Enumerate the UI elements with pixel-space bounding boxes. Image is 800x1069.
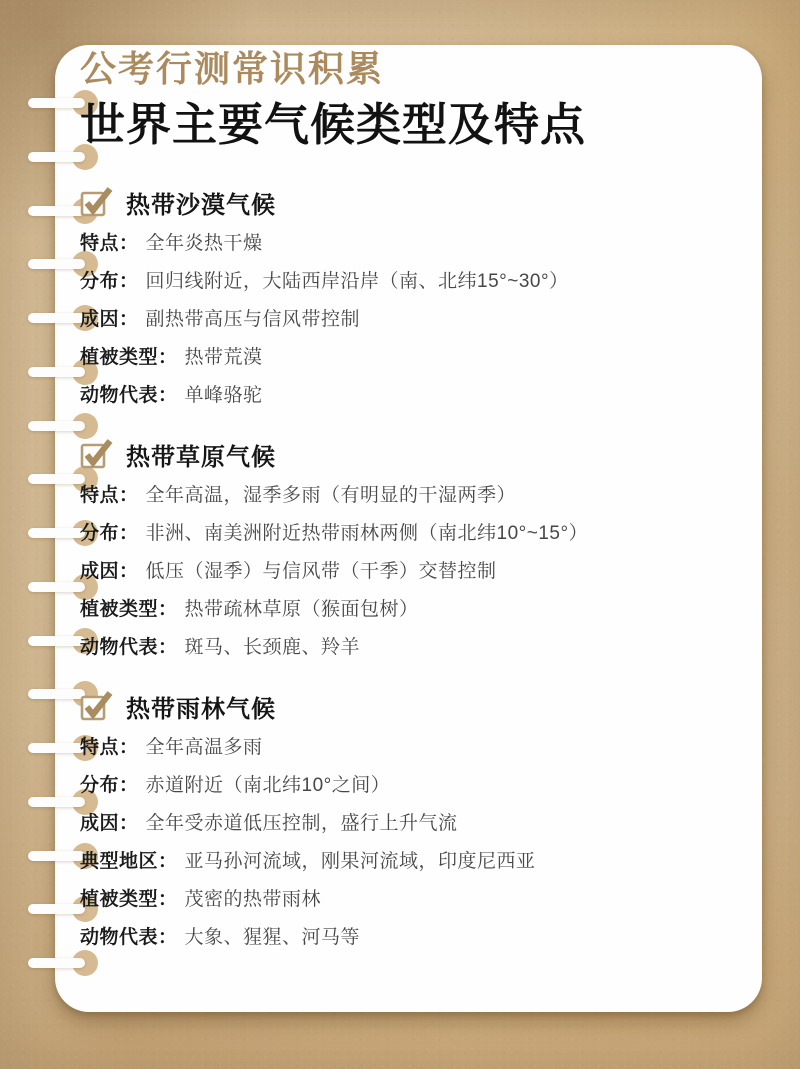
info-row: 成因：副热带高压与信风带控制 — [80, 307, 770, 333]
info-label: 典型地区： — [80, 851, 178, 872]
info-row: 成因：全年受赤道低压控制，盛行上升气流 — [80, 811, 770, 837]
info-label: 特点： — [80, 485, 139, 506]
checkbox-checked-icon — [80, 438, 114, 470]
binder-bar-icon — [28, 474, 85, 484]
section-tropical-savanna: 热带草原气候 特点：全年高温，湿季多雨（有明显的干湿两季） 分布：非洲、南美洲附… — [80, 437, 770, 661]
info-label: 植被类型： — [80, 889, 178, 910]
binder-bar-icon — [28, 259, 85, 269]
binder-bar-icon — [28, 743, 85, 753]
page-subtitle: 公考行测常识积累 — [80, 48, 770, 89]
info-row: 植被类型：茂密的热带雨林 — [80, 887, 770, 913]
section-heading: 热带雨林气候 — [80, 689, 770, 723]
info-value: 大象、猩猩、河马等 — [185, 927, 361, 948]
info-value: 斑马、长颈鹿、羚羊 — [185, 637, 361, 658]
info-value: 非洲、南美洲附近热带雨林两侧（南北纬10°~15°） — [146, 523, 589, 544]
info-label: 动物代表： — [80, 385, 178, 406]
section-tropical-rainforest: 热带雨林气候 特点：全年高温多雨 分布：赤道附近（南北纬10°之间） 成因：全年… — [80, 689, 770, 951]
info-label: 动物代表： — [80, 637, 178, 658]
section-heading-label: 热带雨林气候 — [126, 689, 276, 724]
binder-bar-icon — [28, 797, 85, 807]
binder-bar-icon — [28, 98, 85, 108]
info-value: 低压（湿季）与信风带（干季）交替控制 — [146, 561, 497, 582]
info-label: 特点： — [80, 737, 139, 758]
info-row: 特点：全年高温，湿季多雨（有明显的干湿两季） — [80, 483, 770, 509]
binder-bar-icon — [28, 689, 85, 699]
binder-bar-icon — [28, 958, 85, 968]
info-label: 分布： — [80, 271, 139, 292]
info-value: 全年受赤道低压控制，盛行上升气流 — [146, 813, 458, 834]
info-row: 分布：非洲、南美洲附近热带雨林两侧（南北纬10°~15°） — [80, 521, 770, 547]
info-value: 热带疏林草原（猴面包树） — [185, 599, 419, 620]
page-content: 公考行测常识积累 世界主要气候类型及特点 热带沙漠气候 特点：全年炎热干燥 分布… — [80, 48, 770, 951]
info-label: 成因： — [80, 561, 139, 582]
binder-bar-icon — [28, 851, 85, 861]
binder-bar-icon — [28, 421, 85, 431]
checkbox-checked-icon — [80, 690, 114, 722]
section-tropical-desert: 热带沙漠气候 特点：全年炎热干燥 分布：回归线附近，大陆西岸沿岸（南、北纬15°… — [80, 185, 770, 409]
info-row: 植被类型：热带疏林草原（猴面包树） — [80, 597, 770, 623]
binder-bar-icon — [28, 904, 85, 914]
section-heading-label: 热带沙漠气候 — [126, 185, 276, 220]
info-value: 单峰骆驼 — [185, 385, 263, 406]
section-heading-label: 热带草原气候 — [126, 437, 276, 472]
binder-bar-icon — [28, 152, 85, 162]
info-label: 分布： — [80, 523, 139, 544]
info-value: 热带荒漠 — [185, 347, 263, 368]
info-row: 动物代表：大象、猩猩、河马等 — [80, 925, 770, 951]
checkbox-checked-icon — [80, 186, 114, 218]
info-value: 全年炎热干燥 — [146, 233, 263, 254]
binder-ring — [0, 950, 110, 976]
section-heading: 热带沙漠气候 — [80, 185, 770, 219]
info-value: 赤道附近（南北纬10°之间） — [146, 775, 391, 796]
info-label: 特点： — [80, 233, 139, 254]
info-label: 成因： — [80, 309, 139, 330]
info-value: 副热带高压与信风带控制 — [146, 309, 361, 330]
page-title: 世界主要气候类型及特点 — [80, 99, 770, 151]
info-row: 动物代表：单峰骆驼 — [80, 383, 770, 409]
binder-bar-icon — [28, 636, 85, 646]
binder-bar-icon — [28, 367, 85, 377]
info-value: 全年高温多雨 — [146, 737, 263, 758]
info-label: 植被类型： — [80, 599, 178, 620]
info-row: 分布：回归线附近，大陆西岸沿岸（南、北纬15°~30°） — [80, 269, 770, 295]
info-value: 茂密的热带雨林 — [185, 889, 322, 910]
binder-bar-icon — [28, 582, 85, 592]
info-label: 分布： — [80, 775, 139, 796]
binder-bar-icon — [28, 313, 85, 323]
info-value: 亚马孙河流域，刚果河流域，印度尼西亚 — [185, 851, 536, 872]
info-row: 分布：赤道附近（南北纬10°之间） — [80, 773, 770, 799]
info-value: 回归线附近，大陆西岸沿岸（南、北纬15°~30°） — [146, 271, 569, 292]
info-label: 成因： — [80, 813, 139, 834]
info-row: 特点：全年炎热干燥 — [80, 231, 770, 257]
info-label: 植被类型： — [80, 347, 178, 368]
info-label: 动物代表： — [80, 927, 178, 948]
info-row: 动物代表：斑马、长颈鹿、羚羊 — [80, 635, 770, 661]
info-row: 成因：低压（湿季）与信风带（干季）交替控制 — [80, 559, 770, 585]
binder-bar-icon — [28, 206, 85, 216]
info-value: 全年高温，湿季多雨（有明显的干湿两季） — [146, 485, 517, 506]
binder-bar-icon — [28, 528, 85, 538]
info-row: 植被类型：热带荒漠 — [80, 345, 770, 371]
info-row: 典型地区：亚马孙河流域，刚果河流域，印度尼西亚 — [80, 849, 770, 875]
info-row: 特点：全年高温多雨 — [80, 735, 770, 761]
section-heading: 热带草原气候 — [80, 437, 770, 471]
